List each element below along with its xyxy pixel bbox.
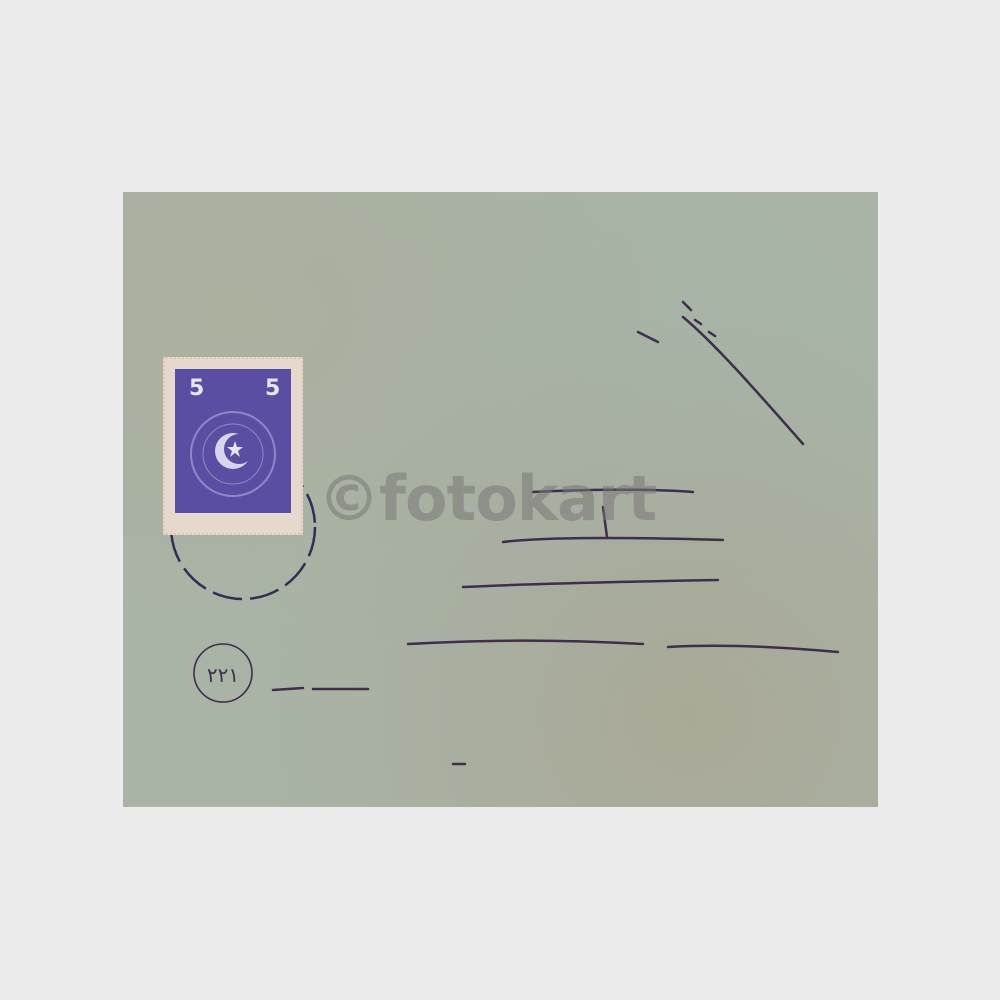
svg-text:5: 5 bbox=[265, 376, 280, 401]
star-crescent-icon: 5 5 bbox=[175, 369, 291, 515]
svg-text:٢٢١: ٢٢١ bbox=[207, 663, 239, 687]
svg-text:5: 5 bbox=[189, 376, 204, 401]
postage-stamp: 5 5 bbox=[163, 357, 303, 535]
watermark: ©fotokart bbox=[318, 462, 656, 535]
